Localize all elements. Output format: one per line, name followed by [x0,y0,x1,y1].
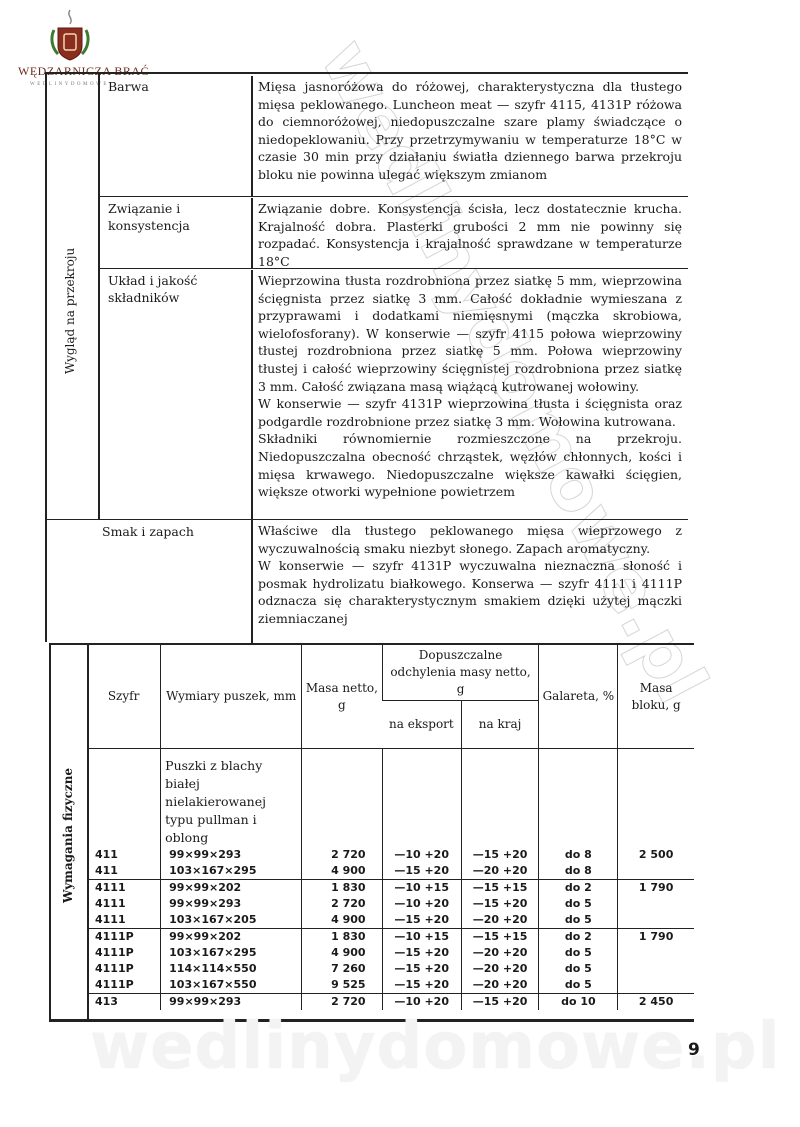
table-row: 41399×99×2932 720—10 +20—15 +20do 102 45… [87,994,694,1011]
cell-block [618,896,694,912]
cell-block [618,977,694,994]
header-tolerance: Dopuszczalne odchylenia masy netto, g [382,645,539,701]
table-row: 4111P99×99×2021 830—10 +15—15 +15do 21 7… [87,929,694,946]
empty-cell [539,749,618,848]
cell-net: 2 720 [302,896,382,912]
cell-block: 1 790 [618,929,694,946]
cell-jelly: do 2 [539,929,618,946]
smokehouse-crest-icon [40,8,100,64]
cell-domestic: —20 +20 [461,912,539,929]
cell-export: —10 +20 [382,994,461,1011]
page-number: 9 [688,1040,700,1060]
cell-net: 4 900 [302,863,382,880]
cell-code: 4111 [87,912,161,929]
row-label: Smak i zapach [47,520,251,643]
row-taste: Smak i zapach Właściwe dla tłustego pekl… [47,519,688,643]
cell-code: 411 [87,863,161,880]
row-text: Związanie dobre. Konsystencja ścisła, le… [251,198,688,268]
cell-dims: 103×167×295 [161,945,302,961]
cell-code: 411 [87,847,161,863]
can-description: Puszki z blachy białej nielakierowanej t… [161,749,302,848]
row-ingredients: Układ i jakość składników Wieprzowina tł… [100,270,688,519]
cell-net: 1 830 [302,929,382,946]
cell-jelly: do 5 [539,977,618,994]
cell-domestic: —20 +20 [461,977,539,994]
cell-dims: 99×99×293 [161,847,302,863]
cell-dims: 99×99×202 [161,929,302,946]
appearance-group-label: Wygląd na przekroju [63,248,77,374]
cell-export: —15 +20 [382,912,461,929]
brand-logo [40,8,100,64]
cell-domestic: —15 +15 [461,880,539,897]
cell-code: 4111 [87,880,161,897]
cell-domestic: —20 +20 [461,863,539,880]
table-row: 411103×167×2954 900—15 +20—20 +20do 8 [87,863,694,880]
cell-domestic: —15 +15 [461,929,539,946]
cell-export: —10 +15 [382,880,461,897]
row-text: Wieprzowina tłusta rozdrobniona przez si… [251,270,688,519]
table-row: 4111103×167×2054 900—15 +20—20 +20do 5 [87,912,694,929]
cell-net: 4 900 [302,912,382,929]
cell-block [618,912,694,929]
header-code: Szyfr [87,645,161,749]
physical-section: Wymagania fizyczne Szyfr Wymiary puszek,… [49,643,694,1022]
empty-cell [302,749,382,848]
empty-cell [87,749,161,848]
row-text: Mięsa jasnoróżowa do różowej, charaktery… [251,76,688,196]
cell-dims: 99×99×293 [161,896,302,912]
cell-code: 4111P [87,929,161,946]
cell-block [618,945,694,961]
cell-domestic: —20 +20 [461,961,539,977]
header-domestic: na kraj [461,701,539,749]
empty-cell [618,749,694,848]
cell-domestic: —15 +20 [461,847,539,863]
cell-export: —15 +20 [382,863,461,880]
cell-dims: 99×99×202 [161,880,302,897]
empty-cell [461,749,539,848]
row-binding: Związanie i konsystencja Związanie dobre… [100,198,688,269]
cell-code: 4111P [87,961,161,977]
cell-jelly: do 5 [539,961,618,977]
table-row: 411199×99×2932 720—10 +20—15 +20do 5 [87,896,694,912]
header-jelly: Galareta, % [539,645,618,749]
cell-jelly: do 8 [539,863,618,880]
cell-jelly: do 8 [539,847,618,863]
table-row: 4111P103×167×2954 900—15 +20—20 +20do 5 [87,945,694,961]
appearance-group-column: Wygląd na przekroju [45,74,100,519]
cell-jelly: do 5 [539,945,618,961]
header-block: Masa bloku, g [618,645,694,749]
cell-export: —10 +20 [382,896,461,912]
row-label: Barwa [100,76,251,196]
cell-jelly: do 2 [539,880,618,897]
cell-export: —15 +20 [382,961,461,977]
cell-jelly: do 5 [539,912,618,929]
row-label: Układ i jakość składników [100,270,251,519]
cell-code: 4111 [87,896,161,912]
cell-dims: 114×114×550 [161,961,302,977]
cell-net: 7 260 [302,961,382,977]
cell-domestic: —15 +20 [461,896,539,912]
can-description-row: Puszki z blachy białej nielakierowanej t… [87,749,694,848]
cell-net: 2 720 [302,847,382,863]
cell-domestic: —15 +20 [461,994,539,1011]
cell-block [618,863,694,880]
row-label: Związanie i konsystencja [100,198,251,268]
cell-export: —15 +20 [382,977,461,994]
header-net: Masa netto, g [302,645,382,749]
cell-export: —10 +20 [382,847,461,863]
cell-code: 413 [87,994,161,1011]
physical-group-column: Wymagania fizyczne [49,645,89,1019]
cell-net: 1 830 [302,880,382,897]
physical-group-label: Wymagania fizyczne [61,768,75,903]
table-row: 4111P114×114×5507 260—15 +20—20 +20do 5 [87,961,694,977]
cell-dims: 103×167×550 [161,977,302,994]
cell-net: 9 525 [302,977,382,994]
cell-code: 4111P [87,945,161,961]
cell-code: 4111P [87,977,161,994]
table-row: 411199×99×2021 830—10 +15—15 +15do 21 79… [87,880,694,897]
cell-dims: 103×167×205 [161,912,302,929]
cell-block: 1 790 [618,880,694,897]
spec-table: Szyfr Wymiary puszek, mm Masa netto, g D… [87,645,694,1010]
cell-jelly: do 10 [539,994,618,1011]
row-text: Właściwe dla tłustego peklowanego mięsa … [251,520,688,643]
appearance-section: Wygląd na przekroju Barwa Mięsa jasnoróż… [45,72,688,642]
cell-domestic: —20 +20 [461,945,539,961]
header-export: na eksport [382,701,461,749]
cell-jelly: do 5 [539,896,618,912]
cell-block: 2 450 [618,994,694,1011]
cell-dims: 103×167×295 [161,863,302,880]
cell-export: —10 +15 [382,929,461,946]
cell-net: 2 720 [302,994,382,1011]
header-dims: Wymiary puszek, mm [161,645,302,749]
cell-block: 2 500 [618,847,694,863]
empty-cell [382,749,461,848]
row-color: Barwa Mięsa jasnoróżowa do różowej, char… [100,76,688,197]
cell-block [618,961,694,977]
cell-dims: 99×99×293 [161,994,302,1011]
table-row: 41199×99×2932 720—10 +20—15 +20do 82 500 [87,847,694,863]
cell-net: 4 900 [302,945,382,961]
table-row: 4111P103×167×5509 525—15 +20—20 +20do 5 [87,977,694,994]
cell-export: —15 +20 [382,945,461,961]
